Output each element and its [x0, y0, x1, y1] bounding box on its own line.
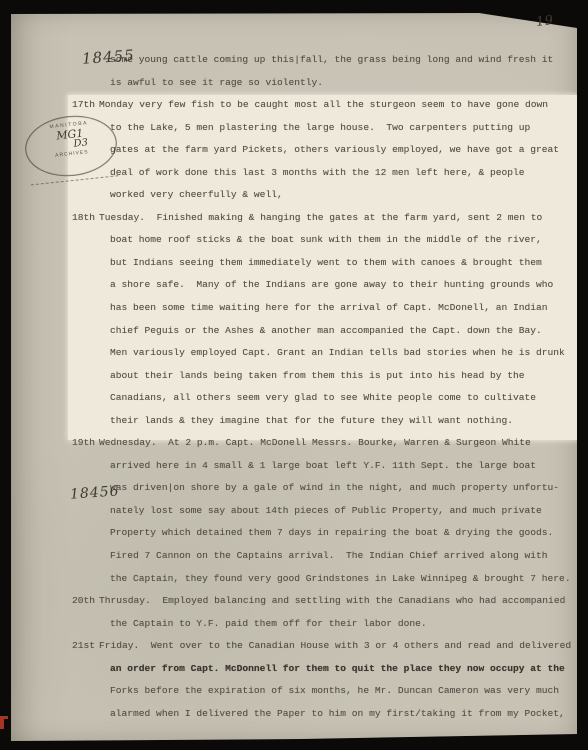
- journal-line: alarmed when I delivered the Paper to hi…: [72, 703, 577, 726]
- journal-line: Fired 7 Cannon on the Captains arrival. …: [72, 545, 577, 568]
- journal-line: about their lands being taken from them …: [72, 365, 577, 388]
- journal-line: the Captain, they found very good Grinds…: [72, 568, 577, 591]
- journal-line: the Captain to Y.F. paid them off for th…: [72, 613, 577, 636]
- journal-line: nately lost some say about 14th pieces o…: [72, 500, 577, 523]
- journal-line-text: has been some time waiting here for the …: [110, 302, 548, 313]
- journal-line: Property which detained them 7 days in r…: [72, 522, 577, 545]
- journal-line: worked very cheerfully & well,: [72, 184, 577, 207]
- journal-line-text: deal of work done this last 3 months wit…: [110, 167, 525, 178]
- archives-stamp: MANITOBA MG1 D3 ARCHIVES: [22, 111, 120, 180]
- journal-line: 20thThrusday. Employed balancing and set…: [72, 590, 577, 613]
- journal-line-text: about their lands being taken from them …: [110, 370, 525, 381]
- page-number: 19: [535, 13, 554, 30]
- journal-line-text: to the Lake, 5 men plastering the large …: [110, 122, 530, 133]
- journal-line: 19thWednesday. At 2 p.m. Capt. McDonell …: [72, 432, 577, 455]
- journal-line: 21stFriday. Went over to the Canadian Ho…: [72, 635, 577, 658]
- journal-line-text: arrived here in 4 small & 1 large boat l…: [110, 460, 536, 471]
- journal-line-text: the Captain to Y.F. paid them off for th…: [110, 618, 427, 629]
- journal-line: is awful to see it rage so violently.: [72, 72, 577, 95]
- journal-line: but Indians seeing them immediately went…: [72, 252, 577, 275]
- journal-line-text: Monday very few fish to be caught most a…: [99, 99, 548, 110]
- journal-line: boat home roof sticks & the boat sunk wi…: [72, 229, 577, 252]
- scanned-document-photo: { "colors": { "background": "#0b0a09", "…: [0, 0, 588, 750]
- journal-text: some young cattle coming up this|fall, t…: [72, 49, 577, 725]
- journal-line-text: Canadians, all others seem very glad to …: [110, 392, 536, 403]
- journal-line: a shore safe. Many of the Indians are go…: [72, 274, 577, 297]
- journal-line-text: Property which detained them 7 days in r…: [110, 527, 553, 538]
- journal-line-text: the Captain, they found very good Grinds…: [110, 573, 571, 584]
- journal-line-text: is awful to see it rage so violently.: [110, 77, 323, 88]
- journal-line: 18thTuesday. Finished making & hanging t…: [72, 207, 577, 230]
- journal-line: gates at the farm yard Pickets, others v…: [72, 139, 577, 162]
- journal-line-text: Wednesday. At 2 p.m. Capt. McDonell Mess…: [99, 437, 531, 448]
- journal-line: an order from Capt. McDonnell for them t…: [72, 658, 577, 681]
- journal-line: some young cattle coming up this|fall, t…: [72, 49, 577, 72]
- entry-date-label: 20th: [72, 590, 99, 613]
- journal-line-text: Thrusday. Employed balancing and settlin…: [99, 595, 565, 606]
- journal-line-text: an order from Capt. McDonnell for them t…: [110, 663, 565, 674]
- journal-line: arrived here in 4 small & 1 large boat l…: [72, 455, 577, 478]
- journal-line-text: Friday. Went over to the Canadian House …: [99, 640, 571, 651]
- journal-line: chief Peguis or the Ashes & another man …: [72, 320, 577, 343]
- entry-date-label: 21st: [72, 635, 99, 658]
- journal-line-text: Men variously employed Capt. Grant an In…: [110, 347, 565, 358]
- journal-line: 17thMonday very few fish to be caught mo…: [72, 94, 577, 117]
- entry-date-label: 18th: [72, 207, 99, 230]
- journal-line-text: some young cattle coming up this|fall, t…: [110, 54, 553, 65]
- journal-line-text: boat home roof sticks & the boat sunk wi…: [110, 234, 542, 245]
- journal-line-text: chief Peguis or the Ashes & another man …: [110, 325, 542, 336]
- journal-line-text: a shore safe. Many of the Indians are go…: [110, 279, 553, 290]
- journal-line: to the Lake, 5 men plastering the large …: [72, 117, 577, 140]
- journal-line-text: Tuesday. Finished making & hanging the g…: [99, 212, 542, 223]
- journal-line-text: Forks before the expiration of six month…: [110, 685, 559, 696]
- journal-line-text: alarmed when I delivered the Paper to hi…: [110, 708, 565, 719]
- journal-line: Canadians, all others seem very glad to …: [72, 387, 577, 410]
- ink-speck: [284, 740, 286, 742]
- journal-line-text: but Indians seeing them immediately went…: [110, 257, 542, 268]
- journal-line-text: worked very cheerfully & well,: [110, 189, 283, 200]
- journal-line: was driven|on shore by a gale of wind in…: [72, 477, 577, 500]
- journal-line-text: was driven|on shore by a gale of wind in…: [110, 482, 559, 493]
- journal-line-text: their lands & they imagine that for the …: [110, 415, 513, 426]
- journal-line-text: gates at the farm yard Pickets, others v…: [110, 144, 559, 155]
- journal-line: has been some time waiting here for the …: [72, 297, 577, 320]
- journal-line: their lands & they imagine that for the …: [72, 410, 577, 433]
- red-edge-mark: [0, 716, 4, 729]
- entry-date-label: 19th: [72, 432, 99, 455]
- folio-number-mid: 18456: [70, 483, 121, 502]
- folio-number-top: 18455: [81, 46, 135, 68]
- journal-line-text: Fired 7 Cannon on the Captains arrival. …: [110, 550, 548, 561]
- journal-line: deal of work done this last 3 months wit…: [72, 162, 577, 185]
- journal-line: Forks before the expiration of six month…: [72, 680, 577, 703]
- journal-line-text: nately lost some say about 14th pieces o…: [110, 505, 542, 516]
- journal-line: Men variously employed Capt. Grant an In…: [72, 342, 577, 365]
